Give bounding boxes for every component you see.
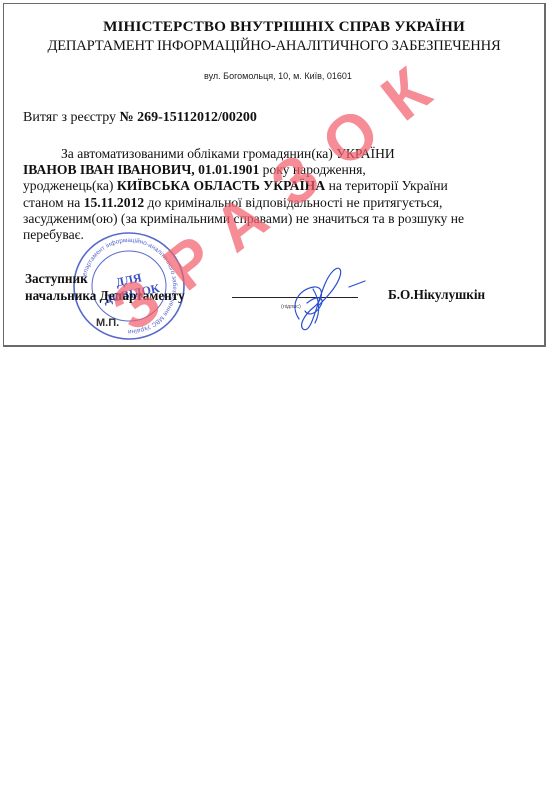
registry-extract: Витяг з реєстру № 269-15112012/00200 bbox=[23, 110, 257, 126]
address: вул. Богомольця, 10, м. Київ, 01601 bbox=[4, 71, 544, 81]
body-line: ІВАНОВ ІВАН ІВАНОВИЧ, 01.01.1901 року на… bbox=[23, 162, 493, 178]
body-line: засудженим(ою) (за кримінальними справам… bbox=[23, 211, 493, 227]
body-line: станом на 15.11.2012 до кримінальної від… bbox=[23, 195, 493, 211]
signatory-role: Заступник начальника Департаменту bbox=[25, 270, 185, 304]
certificate-document: МІНІСТЕРСТВО ВНУТРІШНІХ СПРАВ УКРАЇНИ ДЕ… bbox=[3, 3, 546, 347]
registry-number: № 269-15112012/00200 bbox=[120, 110, 257, 125]
seal-label: М.П. bbox=[96, 317, 119, 329]
signatory-name: Б.О.Нікулушкін bbox=[388, 287, 485, 303]
birthplace: КИЇВСЬКА ОБЛАСТЬ УКРАЇНА bbox=[117, 178, 325, 193]
handwritten-signature bbox=[269, 259, 379, 334]
department-title: ДЕПАРТАМЕНТ ІНФОРМАЦІЙНО-АНАЛІТИЧНОГО ЗА… bbox=[4, 38, 544, 55]
status-date: 15.11.2012 bbox=[84, 195, 144, 210]
person-name: ІВАНОВ ІВАН ІВАНОВИЧ, 01.01.1901 bbox=[23, 162, 259, 177]
body-line: уродженець(ка) КИЇВСЬКА ОБЛАСТЬ УКРАЇНА … bbox=[23, 178, 493, 194]
body-line: За автоматизованими обліками громадянин(… bbox=[23, 146, 493, 162]
ministry-title: МІНІСТЕРСТВО ВНУТРІШНІХ СПРАВ УКРАЇНИ bbox=[4, 18, 544, 36]
registry-label: Витяг з реєстру bbox=[23, 110, 120, 125]
